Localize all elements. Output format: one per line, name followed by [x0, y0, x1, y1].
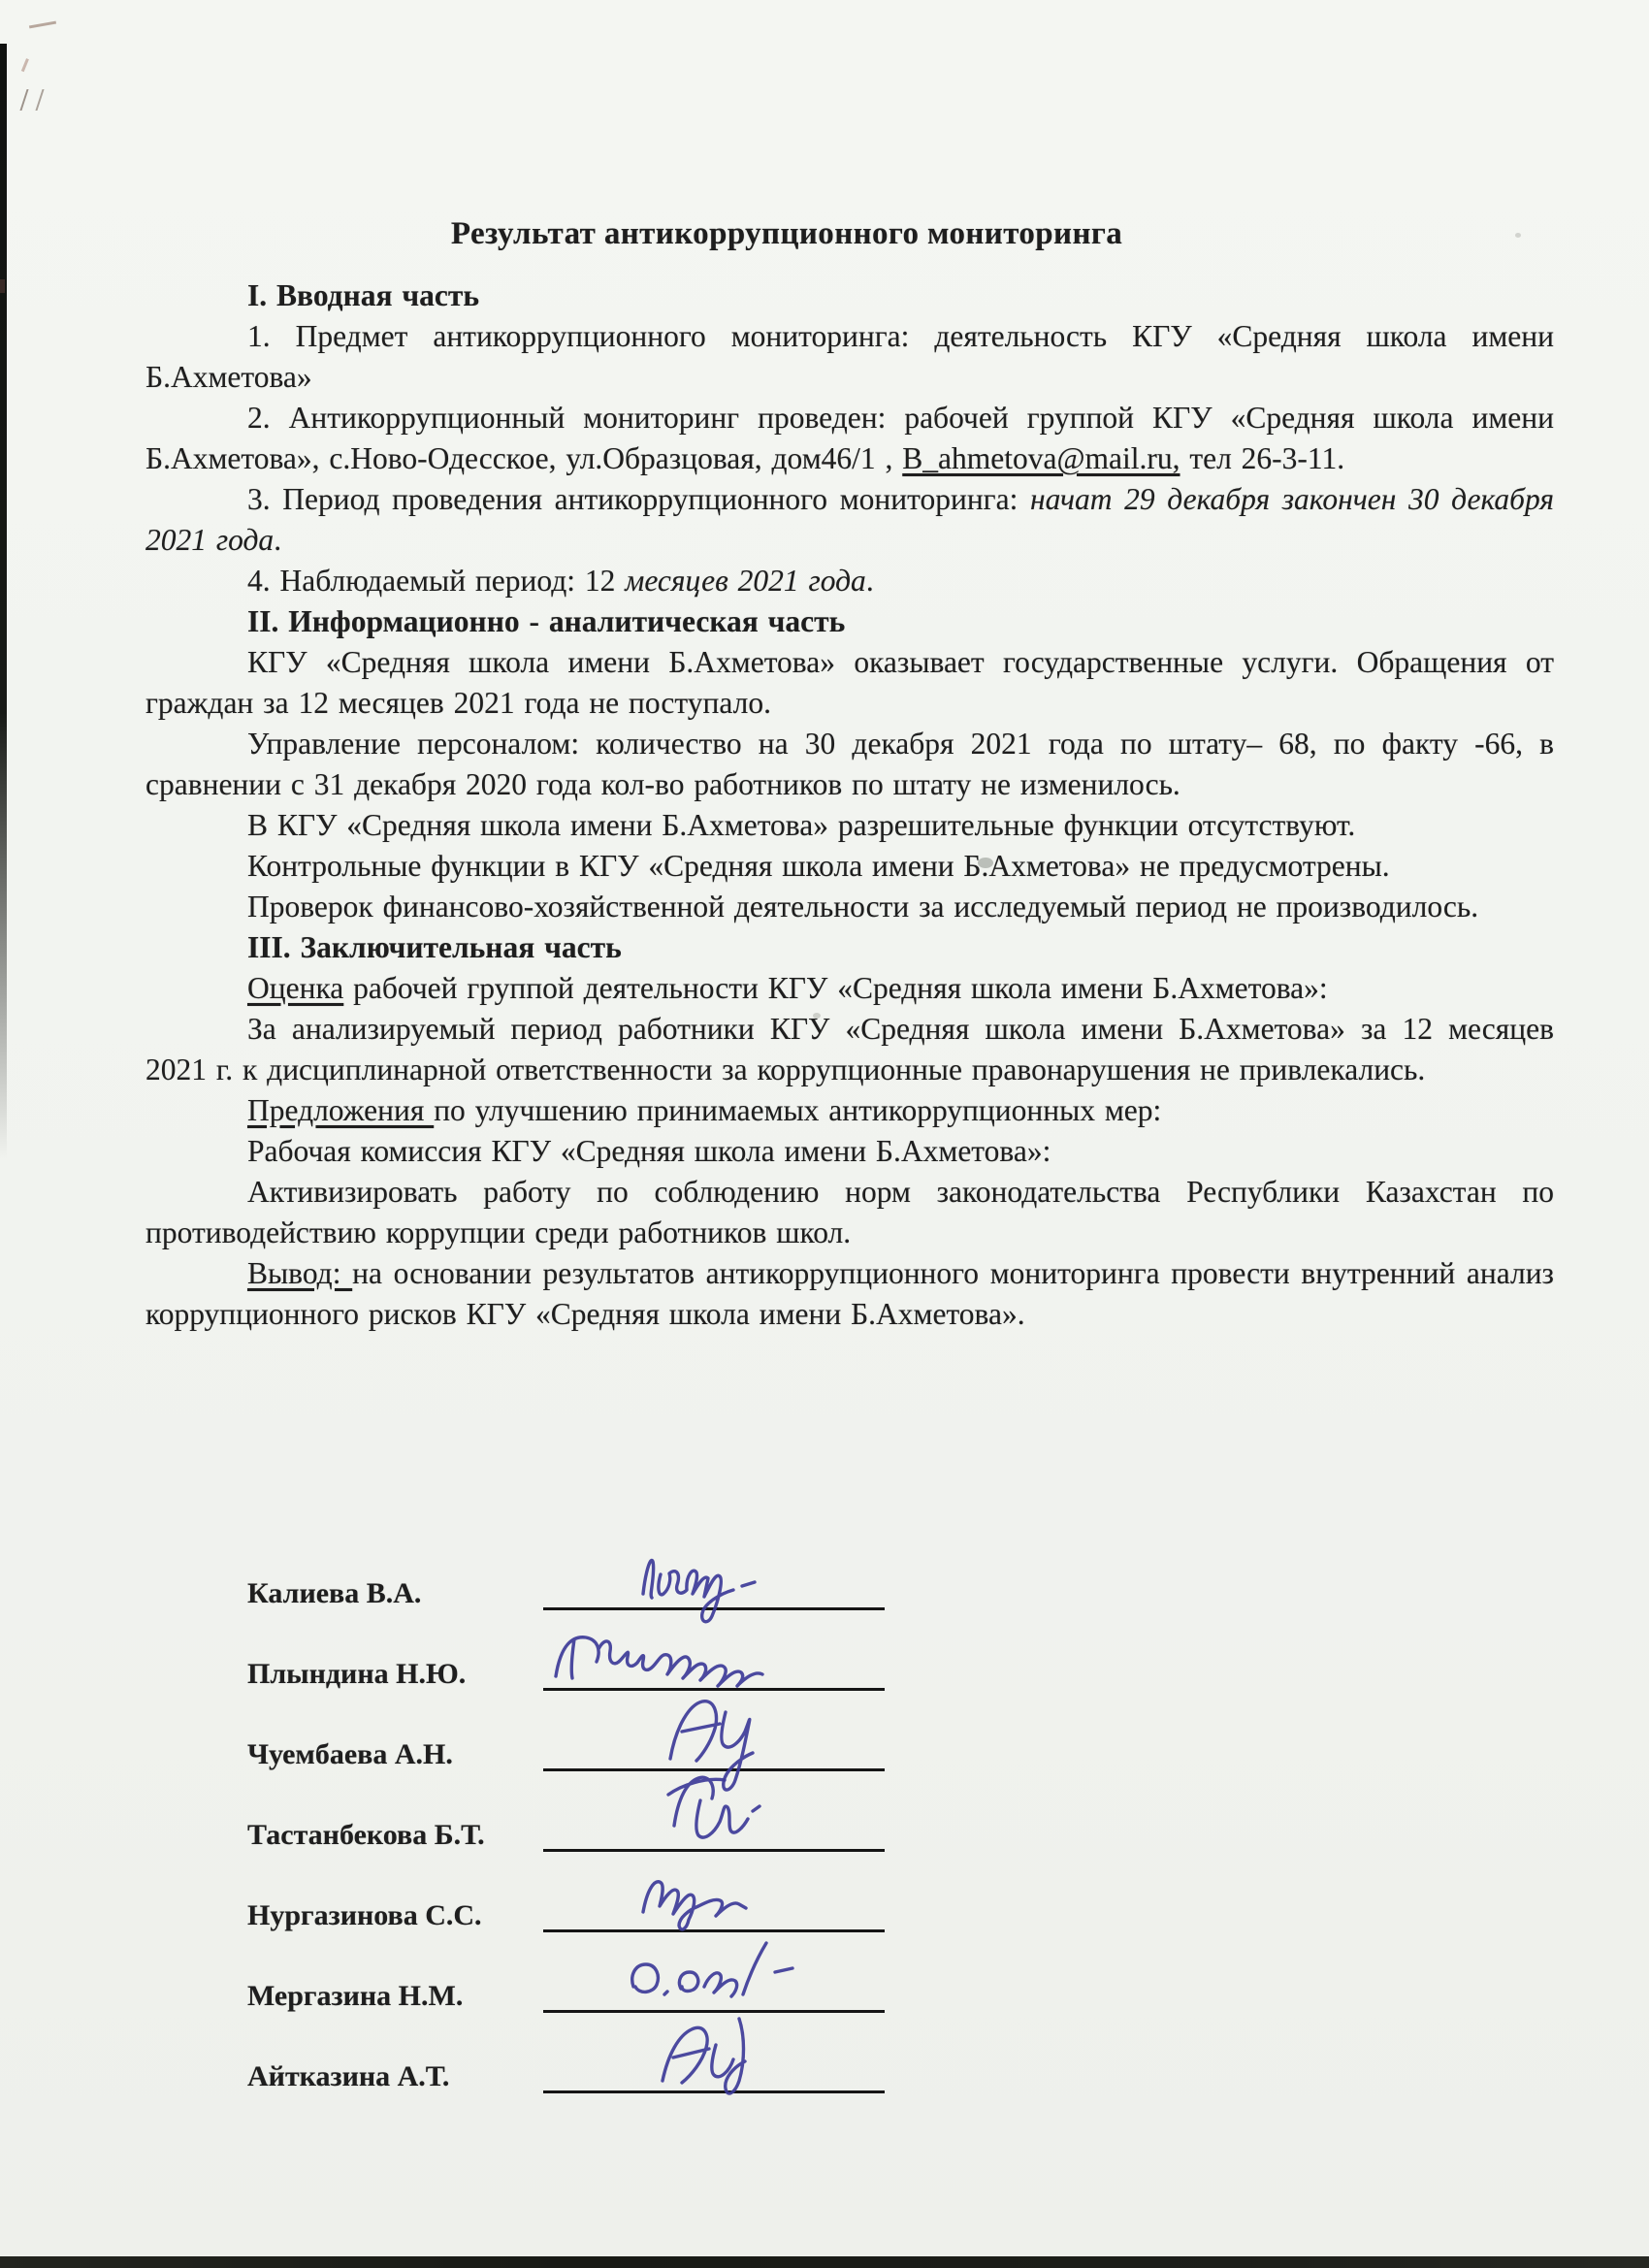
document-paragraph: КГУ «Средняя школа имени Б.Ахметова» ока…	[145, 642, 1554, 724]
email-text: B_ahmetova@mail.ru,	[902, 441, 1180, 475]
section-heading: II. Информационно - аналитическая часть	[145, 601, 1554, 642]
document-body: I. Вводная часть1. Предмет антикоррупцио…	[145, 275, 1554, 1335]
document-paragraph: 4. Наблюдаемый период: 12 месяцев 2021 г…	[145, 561, 1554, 601]
pencil-mark	[19, 89, 44, 111]
pencil-mark	[29, 21, 56, 29]
document-paragraph: Предложения по улучшению принимаемых ант…	[145, 1090, 1554, 1131]
signatory-name: Плындина Н.Ю.	[247, 1658, 466, 1691]
handwritten-signature	[529, 1992, 888, 2118]
text-run: Предложения	[247, 1093, 434, 1127]
document-paragraph: Контрольные функции в КГУ «Средняя школа…	[145, 846, 1554, 887]
text-run: Рабочая комиссия КГУ «Средняя школа имен…	[247, 1134, 1051, 1168]
signatory-name: Айтказина А.Т.	[247, 2060, 449, 2093]
document-paragraph: Рабочая комиссия КГУ «Средняя школа имен…	[145, 1131, 1554, 1172]
text-run: тел 26-3-11.	[1180, 441, 1344, 475]
text-run: 4. Наблюдаемый период: 12	[247, 564, 625, 598]
text-run: .	[274, 523, 281, 557]
text-run: .	[866, 564, 874, 598]
text-run: Вывод:	[247, 1256, 352, 1290]
document-paragraph: Проверок финансово-хозяйственной деятель…	[145, 887, 1554, 927]
text-run: Оценка	[247, 971, 343, 1005]
text-run: Проверок финансово-хозяйственной деятель…	[247, 890, 1478, 923]
text-run: рабочей группой деятельности КГУ «Средня…	[343, 971, 1327, 1005]
signatory-name: Тастанбекова Б.Т.	[247, 1819, 485, 1852]
signatory-name: Нургазинова С.С.	[247, 1899, 482, 1932]
text-run: III. Заключительная часть	[247, 930, 622, 964]
scan-speck	[0, 279, 5, 293]
text-run: КГУ «Средняя школа имени Б.Ахметова» ока…	[145, 645, 1554, 720]
pencil-mark	[21, 58, 38, 76]
signature-row: Айтказина А.Т.	[247, 2047, 889, 2127]
scan-edge-bottom-artifact	[0, 2256, 1649, 2268]
scan-edge-left-artifact	[0, 44, 7, 1159]
text-run: В КГУ «Средняя школа имени Б.Ахметова» р…	[247, 808, 1355, 842]
document-paragraph: Управление персоналом: количество на 30 …	[145, 724, 1554, 805]
document-paragraph: 3. Период проведения антикоррупционного …	[145, 479, 1554, 561]
document-page: Результат антикоррупционного мониторинга…	[0, 0, 1649, 2268]
document-paragraph: 2. Антикоррупционный мониторинг проведен…	[145, 398, 1554, 479]
document-paragraph: Оценка рабочей группой деятельности КГУ …	[145, 968, 1554, 1009]
text-run: на основании результатов антикоррупционн…	[145, 1256, 1554, 1331]
text-run: За анализируемый период работники КГУ «С…	[145, 1012, 1554, 1086]
section-heading: I. Вводная часть	[145, 275, 1554, 316]
document-paragraph: За анализируемый период работники КГУ «С…	[145, 1009, 1554, 1090]
signatory-name: Мергазина Н.М.	[247, 1980, 463, 2013]
signature-block: Калиева В.А.Плындина Н.Ю.Чуембаева А.Н.Т…	[247, 1564, 889, 2127]
text-run: I. Вводная часть	[247, 278, 479, 312]
text-run: Управление персоналом: количество на 30 …	[145, 727, 1554, 801]
document-title: Результат антикоррупционного мониторинга	[82, 216, 1491, 252]
scan-speck	[1515, 233, 1521, 238]
signatory-name: Калиева В.А.	[247, 1577, 421, 1610]
document-paragraph: 1. Предмет антикоррупционного мониторинг…	[145, 316, 1554, 398]
text-run: Контрольные функции в КГУ «Средняя школа…	[247, 849, 1390, 883]
text-run: II. Информационно - аналитическая часть	[247, 604, 845, 638]
text-run: месяцев 2021 года	[625, 564, 866, 598]
text-run: 1. Предмет антикоррупционного мониторинг…	[145, 319, 1554, 394]
document-paragraph: Активизировать работу по соблюдению норм…	[145, 1172, 1554, 1253]
text-run: 3. Период проведения антикоррупционного …	[247, 482, 1030, 516]
section-heading: III. Заключительная часть	[145, 927, 1554, 968]
text-run: по улучшению принимаемых антикоррупционн…	[434, 1093, 1161, 1127]
signatory-name: Чуембаева А.Н.	[247, 1738, 453, 1771]
document-paragraph: Вывод: на основании результатов антикорр…	[145, 1253, 1554, 1335]
text-run: Активизировать работу по соблюдению норм…	[145, 1175, 1554, 1249]
document-paragraph: В КГУ «Средняя школа имени Б.Ахметова» р…	[145, 805, 1554, 846]
signature-line	[543, 2090, 885, 2093]
